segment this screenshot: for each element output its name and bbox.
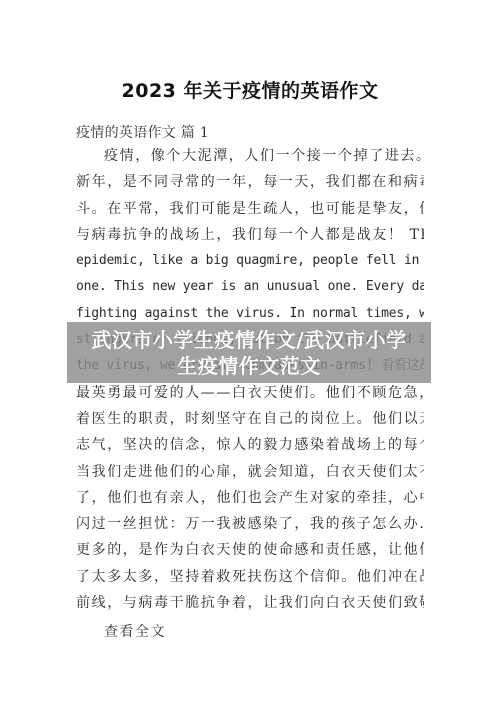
overlay-title-line-2: 生疫情作文范文 <box>177 353 321 379</box>
essay-line: 新年，是不同寻常的一年，每一天，我们都在和病毒战 <box>76 169 424 195</box>
essay-line: 着医生的职责，时刻坚守在自己的岗位上。他们以无畏的 <box>76 406 424 432</box>
document-page: 2023 年关于疫情的英语作文 疫情的英语作文 篇 1 疫情，像个大泥潭，人们一… <box>0 0 500 706</box>
essay-line: 疫情，像个大泥潭，人们一个接一个掉了进去。这个 <box>76 143 424 169</box>
essay-line: 斗。在平常，我们可能是生疏人，也可能是挚友，但到了 <box>76 196 424 222</box>
essay-line: one. This new year is an unusual one. Ev… <box>76 274 424 300</box>
essay-line: 闪过一丝担忧：万一我被感染了，我的孩子怎么办……但 <box>76 511 424 537</box>
essay-line: 了太多太多，坚持着救死扶伤这个信仰。他们冲在战场最 <box>76 564 424 590</box>
overlay-title: 武汉市小学生疫情作文/武汉市小学 生疫情作文范文 <box>67 322 431 383</box>
document-title: 2023 年关于疫情的英语作文 <box>0 76 500 103</box>
essay-line: epidemic, like a big quagmire, people fe… <box>76 248 424 274</box>
essay-line: 更多的，是作为白衣天使的使命感和责任感，让他们牺牲 <box>76 537 424 563</box>
essay-line: 当我们走进他们的心扉，就会知道，白衣天使们太不简洁 <box>76 459 424 485</box>
overlay-title-line-1: 武汉市小学生疫情作文/武汉市小学 <box>91 327 406 353</box>
essay-line: 与病毒抗争的战场上，我们每一个人都是战友！ The <box>76 222 424 248</box>
view-full-text-link[interactable]: 查看全文 <box>104 621 166 641</box>
essay-line: 了，他们也有亲人，他们也会产生对家的牵挂，心中也会 <box>76 485 424 511</box>
essay-line: 志气，坚决的信念，惊人的毅力感染着战场上的每个人。 <box>76 432 424 458</box>
essay-line: 最英勇最可爱的人——白衣天使们。他们不顾危急，履行 <box>76 380 424 406</box>
section-heading: 疫情的英语作文 篇 1 <box>76 122 209 142</box>
essay-line: 前线，与病毒干脆抗争着，让我们向白衣天使们致敬！ <box>76 590 424 616</box>
